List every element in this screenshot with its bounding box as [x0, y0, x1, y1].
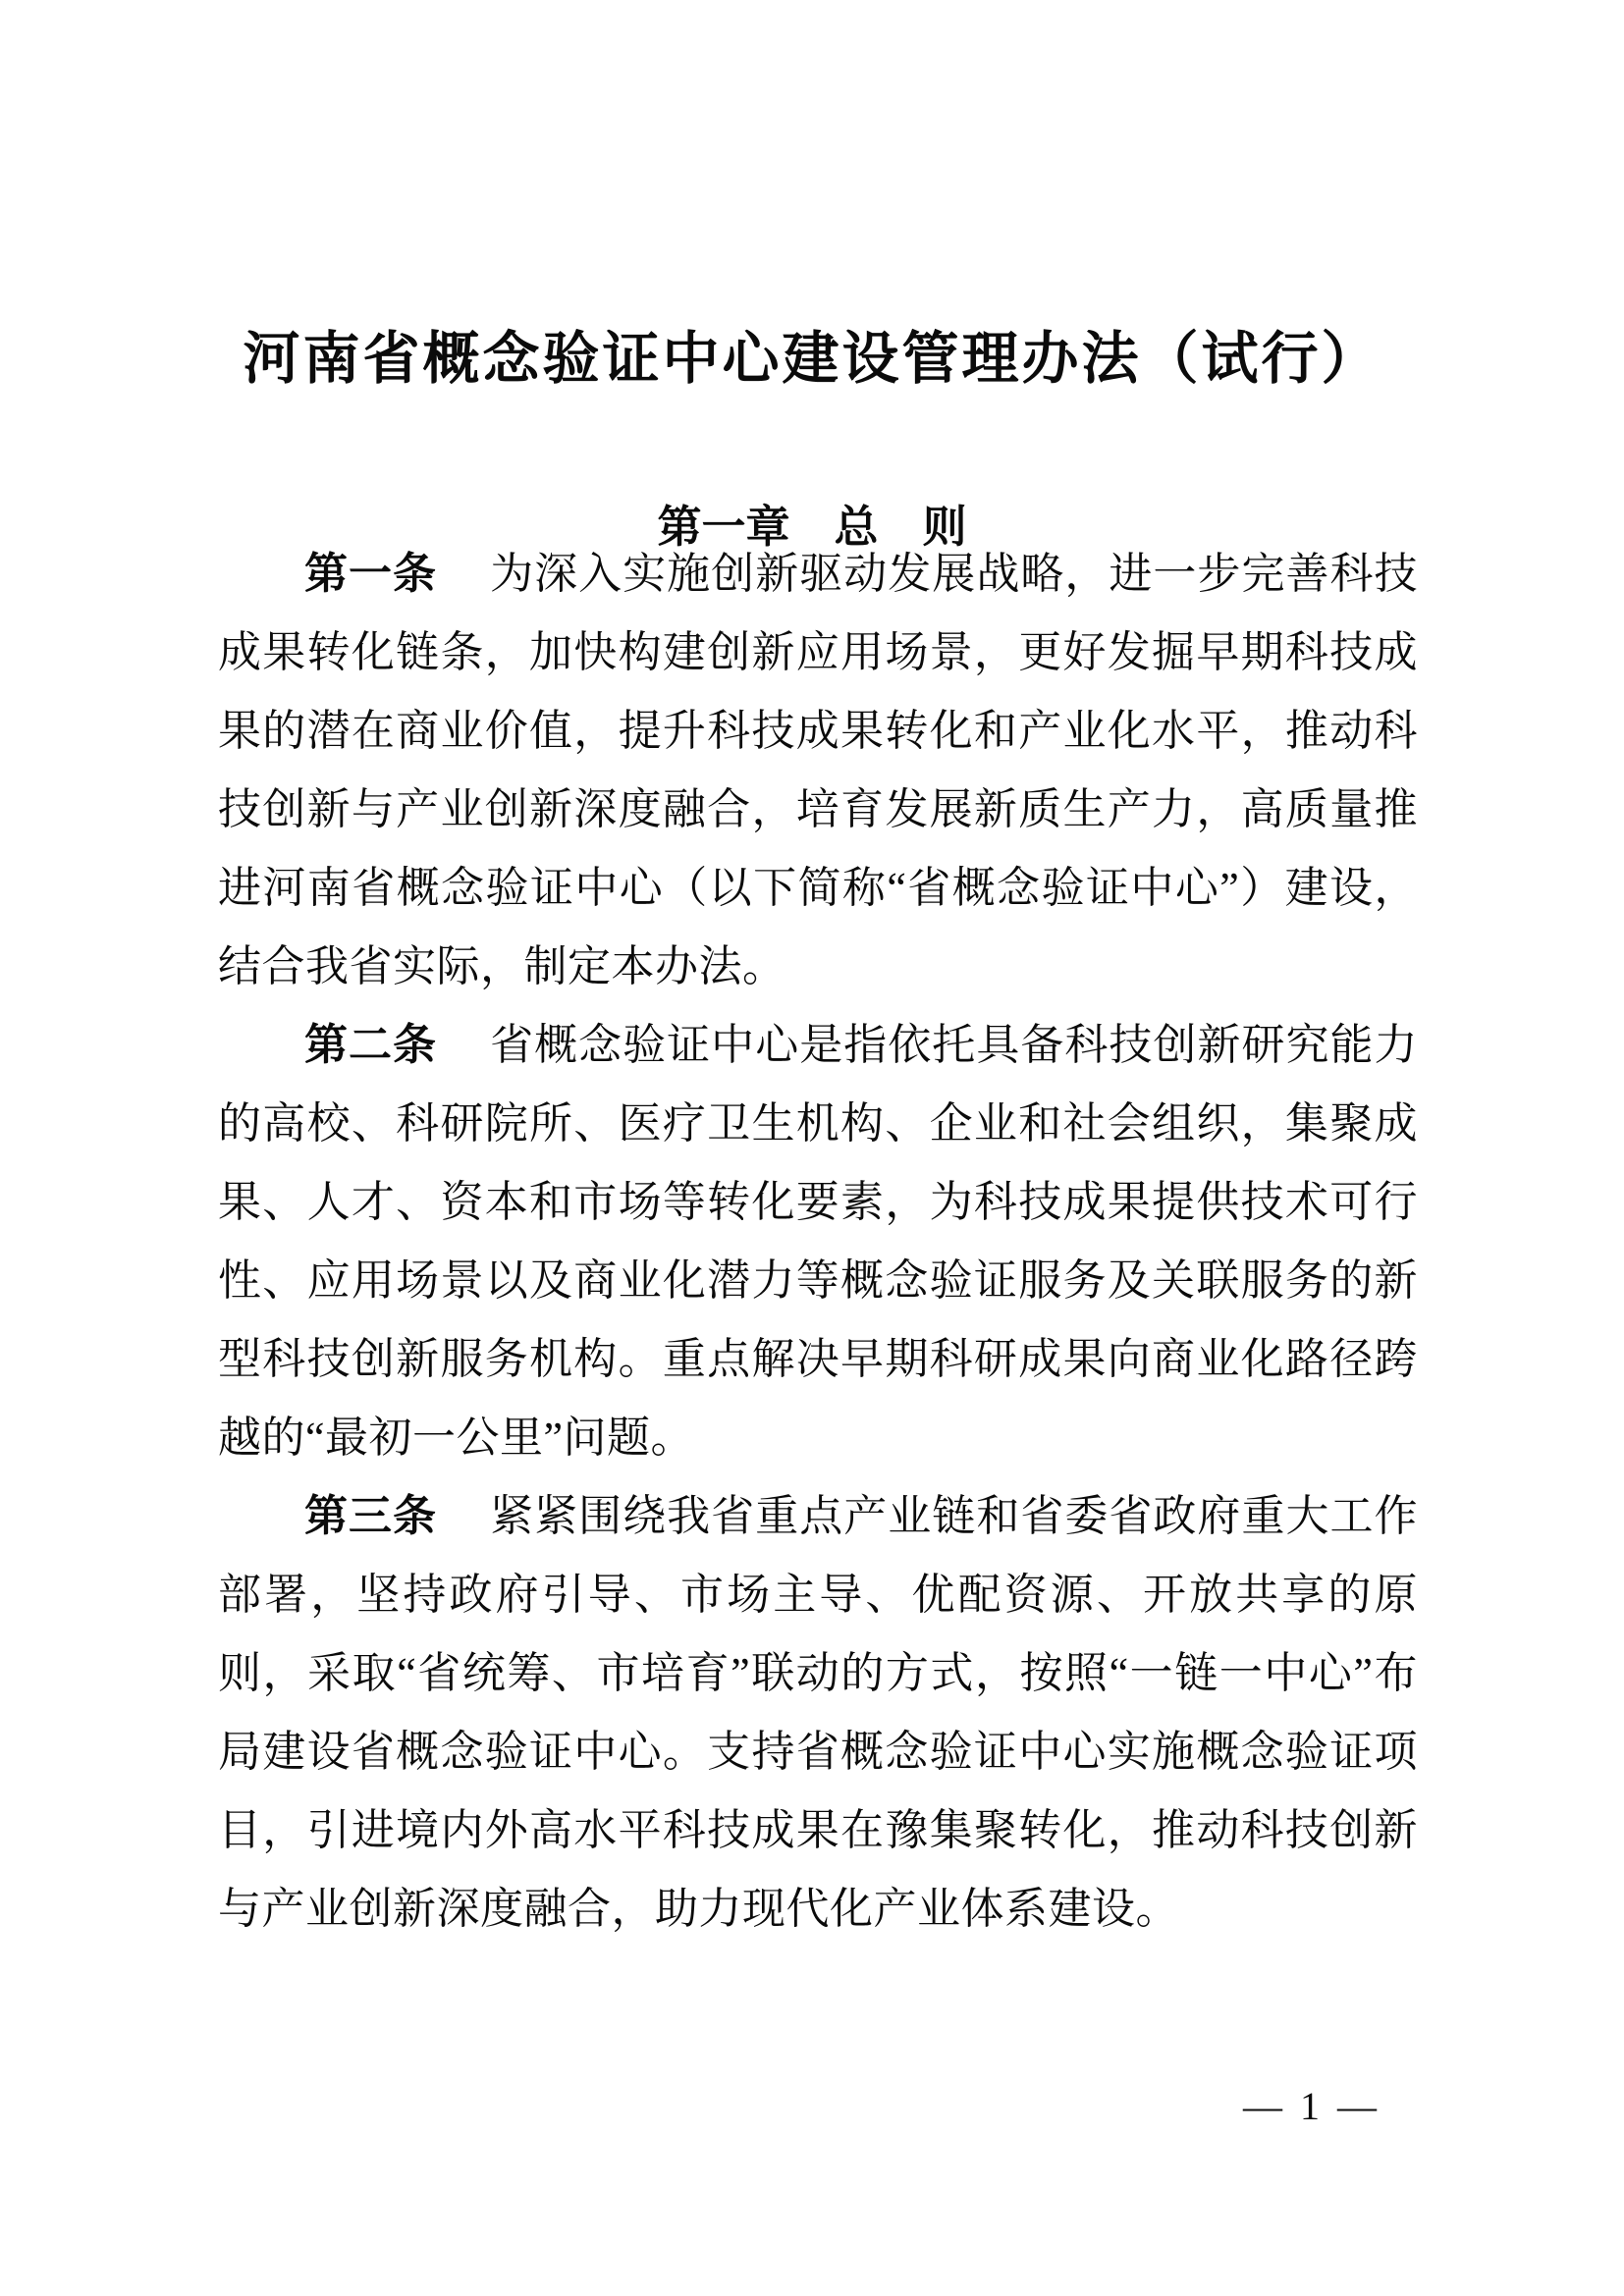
- article-label-1: 第一条: [304, 550, 437, 598]
- article-label-3: 第三条: [304, 1492, 437, 1540]
- article-label-2: 第二条: [304, 1021, 437, 1069]
- article-text-1: 为深入实施创新驱动发展战略，进一步完善科技成果转化链条，加快构建创新应用场景，更…: [218, 550, 1418, 990]
- document-title: 河南省概念验证中心建设管理办法（试行）: [0, 331, 1624, 388]
- article-text-2: 省概念验证中心是指依托具备科技创新研究能力的高校、科研院所、医疗卫生机构、企业和…: [218, 1021, 1418, 1462]
- page-number: — 1 —: [1243, 2085, 1380, 2128]
- article-paragraph-2: 第二条省概念验证中心是指依托具备科技创新研究能力的高校、科研院所、医疗卫生机构、…: [218, 1006, 1418, 1477]
- document-page: 河南省概念验证中心建设管理办法（试行） 第一章 总 则 第一条为深入实施创新驱动…: [0, 0, 1624, 2296]
- article-paragraph-3: 第三条紧紧围绕我省重点产业链和省委省政府重大工作部署，坚持政府引导、市场主导、优…: [218, 1477, 1418, 1949]
- article-text-3: 紧紧围绕我省重点产业链和省委省政府重大工作部署，坚持政府引导、市场主导、优配资源…: [218, 1492, 1418, 1933]
- document-body: 第一条为深入实施创新驱动发展战略，进一步完善科技成果转化链条，加快构建创新应用场…: [218, 535, 1418, 1949]
- article-paragraph-1: 第一条为深入实施创新驱动发展战略，进一步完善科技成果转化链条，加快构建创新应用场…: [218, 535, 1418, 1006]
